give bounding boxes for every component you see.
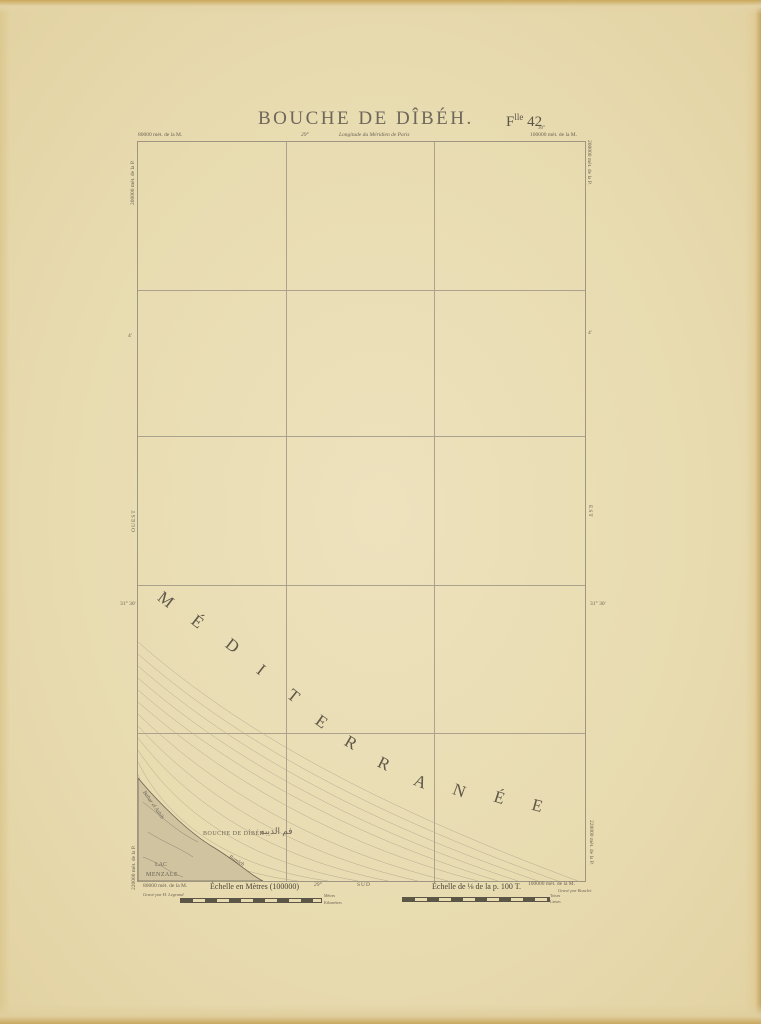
longitude-tick-top: 29°: [301, 132, 309, 138]
league-units-top: Toises: [550, 893, 560, 898]
longitude-label: Longitude du Méridien de Paris: [339, 132, 410, 138]
league-scale-bar: [402, 897, 550, 902]
right-top-coord: 200000 mèt. de la P.: [586, 140, 592, 185]
bottom-label-sud: SUD: [357, 882, 371, 888]
place-label-menzale: MENZALE: [146, 872, 178, 878]
lat-tick-lower-left: 31° 30': [120, 601, 136, 607]
lat-tick-lower-right: 31° 30': [590, 601, 606, 607]
metric-units-top: Mètres: [324, 893, 335, 898]
engraver-right: Gravé par Bouclet: [558, 888, 592, 893]
sheet-number: Flle 42: [506, 112, 542, 131]
coastline-hatching: [138, 142, 585, 881]
right-bottom-coord: 220000 mèt. de la P.: [588, 820, 594, 865]
metric-scale-label: Échelle en Mètres (100000): [210, 882, 299, 891]
top-left-coord: 80000 mèt. de la M.: [138, 132, 182, 138]
place-label-arabic: فم الديبه: [260, 826, 293, 837]
place-label-lac: LAC: [155, 862, 167, 868]
lat-tick-upper-left: 4': [128, 333, 132, 339]
place-label-bouche: BOUCHE DE DÎBÉH: [203, 831, 265, 837]
league-units-bottom: Lieues: [550, 899, 561, 904]
map-title: BOUCHE DE DÎBÉH.: [258, 108, 474, 130]
metric-scale-bar: [180, 898, 322, 903]
top-right-deg: 30°: [538, 126, 545, 131]
top-right-coord: 100000 mèt. de la M.: [530, 132, 577, 138]
bottom-right-coord: 100000 mèt. de la M.: [528, 881, 575, 887]
map-frame: [137, 141, 586, 882]
metric-units-bottom: Kilomètres: [324, 900, 342, 905]
bottom-left-coord: 80000 mèt. de la M.: [143, 883, 187, 889]
right-label-est: EST: [587, 505, 593, 518]
engraver-left: Gravé par H. Legrand: [143, 892, 184, 897]
league-scale-label: Échelle de ⅛ de la p. 100 T.: [432, 882, 521, 891]
lat-tick-upper-right: 4': [588, 330, 592, 336]
left-top-coord: 200000 mèt. de la P.: [130, 160, 136, 205]
bottom-long-tick: 29°: [314, 882, 322, 888]
